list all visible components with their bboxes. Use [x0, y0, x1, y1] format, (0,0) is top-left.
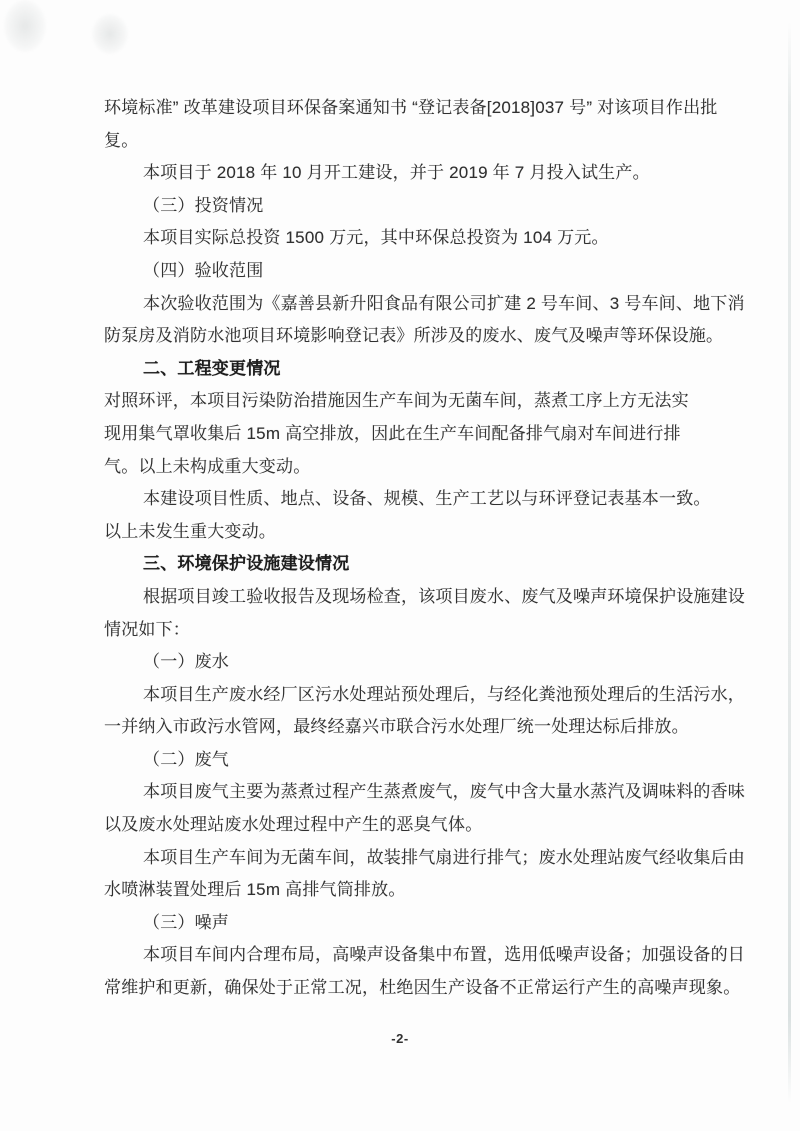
- document-page: 环境标准” 改革建设项目环保备案通知书 “登记表备[2018]037 号” 对该…: [0, 0, 800, 1131]
- text-line: 水喷淋装置处理后 15m 高排气筒排放。: [104, 874, 724, 907]
- text-line: 本项目实际总投资 1500 万元，其中环保总投资为 104 万元。: [104, 222, 724, 255]
- text-line: 气。以上未构成重大变动。: [104, 451, 724, 484]
- text-line: 一并纳入市政污水管网，最终经嘉兴市联合污水处理厂统一处理达标后排放。: [104, 711, 724, 744]
- text-line: 常维护和更新，确保处于正常工况，杜绝因生产设备不正常运行产生的高噪声现象。: [104, 972, 724, 1005]
- text-line: 以上未发生重大变动。: [104, 516, 724, 549]
- text-line: 现用集气罩收集后 15m 高空排放，因此在生产车间配备排气扇对车间进行排: [104, 418, 724, 451]
- text-line: 本项目车间内合理布局，高噪声设备集中布置，选用低噪声设备；加强设备的日: [104, 939, 724, 972]
- text-line: （二）废气: [104, 744, 724, 777]
- text-line: （四）验收范围: [104, 255, 724, 288]
- text-line: （一）废水: [104, 646, 724, 679]
- text-line: 环境标准” 改革建设项目环保备案通知书 “登记表备[2018]037 号” 对该…: [104, 92, 724, 125]
- page-number: -2-: [0, 1031, 800, 1046]
- text-line: （三）投资情况: [104, 190, 724, 223]
- text-line: 本项目废气主要为蒸煮过程产生蒸煮废气，废气中含大量水蒸汽及调味料的香味: [104, 776, 724, 809]
- text-line: 情况如下：: [104, 614, 724, 647]
- text-line: 本项目于 2018 年 10 月开工建设，并于 2019 年 7 月投入试生产。: [104, 157, 724, 190]
- scan-smudge-artifact: [92, 14, 128, 54]
- text-line: 本项目生产废水经厂区污水处理站预处理后，与经化粪池预处理后的生活污水，: [104, 679, 724, 712]
- scan-edge-line: [788, 22, 791, 1103]
- text-line: 本次验收范围为《嘉善县新升阳食品有限公司扩建 2 号车间、3 号车间、地下消: [104, 288, 724, 321]
- text-line: 本项目生产车间为无菌车间，故装排气扇进行排气；废水处理站废气经收集后由: [104, 842, 724, 875]
- text-line: （三）噪声: [104, 907, 724, 940]
- text-line: 防泵房及消防水池项目环境影响登记表》所涉及的废水、废气及噪声等环保设施。: [104, 320, 724, 353]
- section-heading: 三、环境保护设施建设情况: [104, 548, 724, 581]
- scan-smudge-artifact: [4, 0, 46, 52]
- section-heading: 二、工程变更情况: [104, 353, 724, 386]
- text-line: 复。: [104, 125, 724, 158]
- document-body: 环境标准” 改革建设项目环保备案通知书 “登记表备[2018]037 号” 对该…: [104, 92, 724, 1005]
- text-line: 以及废水处理站废水处理过程中产生的恶臭气体。: [104, 809, 724, 842]
- text-line: 根据项目竣工验收报告及现场检查，该项目废水、废气及噪声环境保护设施建设: [104, 581, 724, 614]
- text-line: 本建设项目性质、地点、设备、规模、生产工艺以与环评登记表基本一致。: [104, 483, 724, 516]
- text-line: 对照环评，本项目污染防治措施因生产车间为无菌车间，蒸煮工序上方无法实: [104, 385, 724, 418]
